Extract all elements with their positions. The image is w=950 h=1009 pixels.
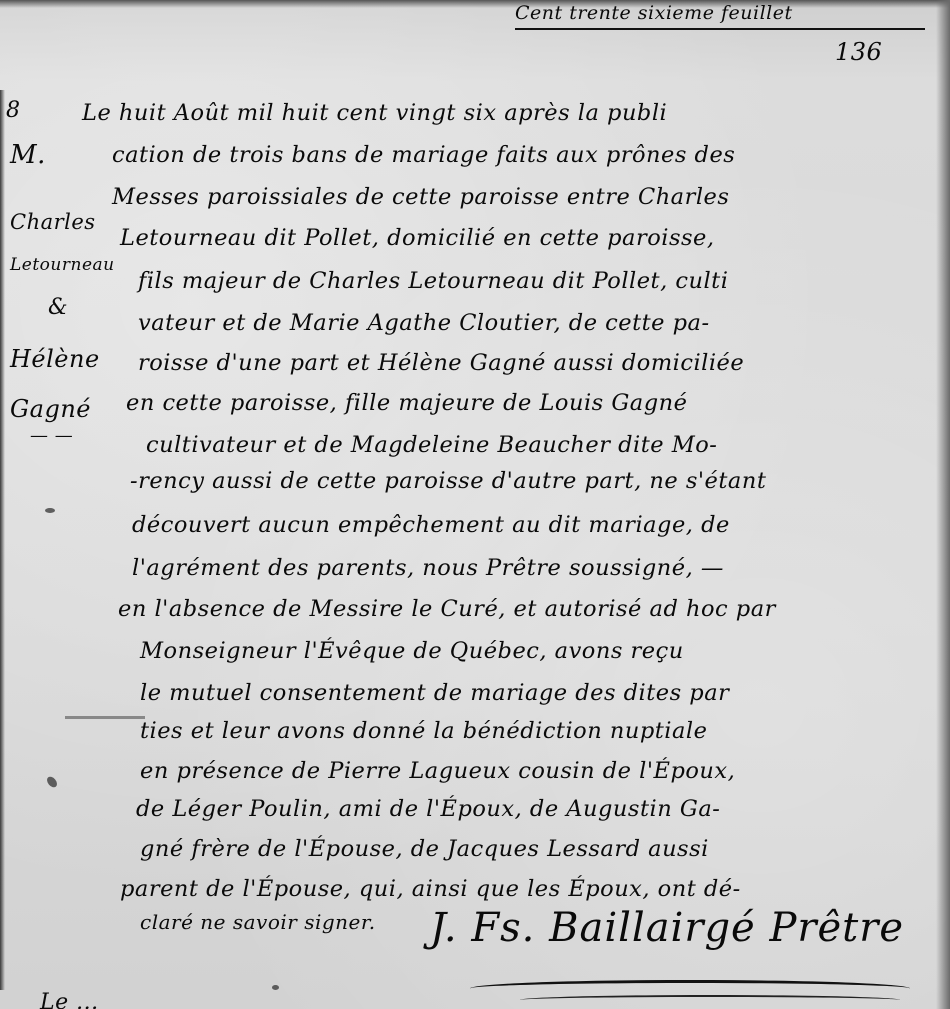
ink-blot	[272, 985, 279, 990]
margin-groom-last: Letourneau	[10, 255, 115, 275]
margin-bride-first: Hélène	[10, 345, 100, 373]
page-number: 136	[835, 38, 882, 66]
entry-line: de Léger Poulin, ami de l'Époux, de Augu…	[136, 796, 720, 822]
entry-line: découvert aucun empêchement au dit maria…	[132, 512, 730, 538]
entry-line: en cette paroisse, fille majeure de Loui…	[126, 390, 687, 416]
entry-line: cation de trois bans de mariage faits au…	[112, 142, 735, 168]
next-entry-fragment: Le ...	[40, 990, 99, 1009]
ink-blot	[45, 775, 59, 789]
entry-line: roisse d'une part et Hélène Gagné aussi …	[138, 350, 744, 376]
margin-bride-last: Gagné	[10, 395, 91, 423]
page-right-edge	[936, 0, 950, 1009]
entry-line: en présence de Pierre Lagueux cousin de …	[140, 758, 735, 784]
entry-line: Monseigneur l'Évêque de Québec, avons re…	[140, 638, 684, 664]
entry-line: cultivateur et de Magdeleine Beaucher di…	[146, 432, 717, 458]
folio-header-rule	[515, 28, 925, 30]
entry-line: Le huit Août mil huit cent vingt six apr…	[82, 100, 667, 126]
entry-line: le mutuel consentement de mariage des di…	[140, 680, 729, 706]
margin-ampersand: &	[48, 295, 68, 320]
entry-line: l'agrément des parents, nous Prêtre sous…	[132, 555, 724, 581]
margin-dash: — —	[30, 425, 73, 446]
signature-flourish-underline	[520, 995, 900, 1005]
page-left-edge	[0, 90, 5, 990]
entry-line: en l'absence de Messire le Curé, et auto…	[118, 596, 776, 622]
margin-groom-first: Charles	[10, 210, 96, 234]
entry-line: parent de l'Épouse, qui, ainsi que les É…	[120, 876, 741, 902]
entry-number: 8	[6, 98, 21, 123]
faint-ink-stroke	[65, 716, 145, 719]
margin-type-code: M.	[10, 140, 46, 170]
entry-line: fils majeur de Charles Letourneau dit Po…	[138, 268, 728, 294]
priest-signature: J. Fs. Baillairgé Prêtre	[430, 905, 904, 951]
entry-line: gné frère de l'Épouse, de Jacques Lessar…	[140, 836, 709, 862]
ink-blot	[45, 508, 55, 513]
entry-line: Letourneau dit Pollet, domicilié en cett…	[120, 225, 715, 251]
entry-line: ties et leur avons donné la bénédiction …	[140, 718, 707, 744]
entry-line: Messes paroissiales de cette paroisse en…	[112, 184, 729, 210]
entry-line: -rency aussi de cette paroisse d'autre p…	[130, 468, 766, 494]
entry-line: claré ne savoir signer.	[140, 910, 376, 934]
page-top-shadow	[0, 0, 950, 8]
entry-line: vateur et de Marie Agathe Cloutier, de c…	[138, 310, 710, 336]
folio-header: Cent trente sixieme feuillet	[515, 2, 793, 24]
